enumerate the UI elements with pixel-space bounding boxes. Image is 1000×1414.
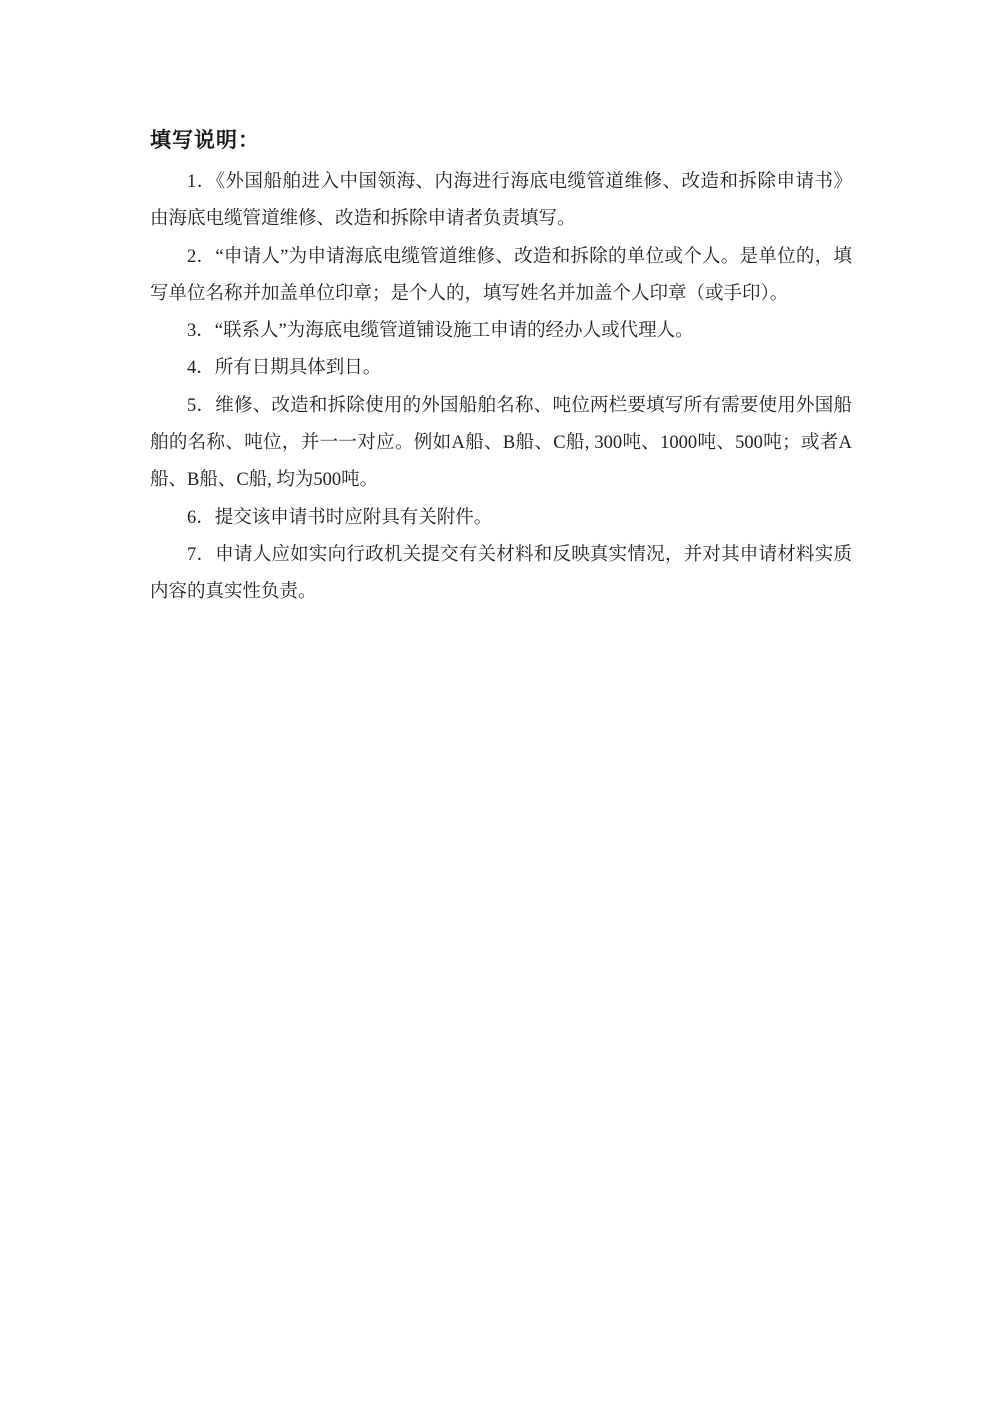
instruction-item-4: 4．所有日期具体到日。 (150, 350, 852, 387)
instruction-item-7: 7．申请人应如实向行政机关提交有关材料和反映真实情况，并对其申请材料实质内容的真… (150, 537, 852, 612)
instructions-section: 填写说明： 1．《外国船舶进入中国领海、内海进行海底电缆管道维修、改造和拆除申请… (150, 124, 852, 612)
instruction-item-6: 6．提交该申请书时应附具有关附件。 (150, 500, 852, 537)
instruction-item-1: 1．《外国船舶进入中国领海、内海进行海底电缆管道维修、改造和拆除申请书》由海底电… (150, 164, 852, 239)
document-page: 填写说明： 1．《外国船舶进入中国领海、内海进行海底电缆管道维修、改造和拆除申请… (0, 0, 1000, 1414)
instruction-item-3: 3．“联系人”为海底电缆管道铺设施工申请的经办人或代理人。 (150, 313, 852, 350)
instruction-item-2: 2．“申请人”为申请海底电缆管道维修、改造和拆除的单位或个人。是单位的，填写单位… (150, 239, 852, 314)
instruction-item-5: 5．维修、改造和拆除使用的外国船舶名称、吨位两栏要填写所有需要使用外国船舶的名称… (150, 388, 852, 500)
section-heading: 填写说明： (150, 124, 852, 158)
